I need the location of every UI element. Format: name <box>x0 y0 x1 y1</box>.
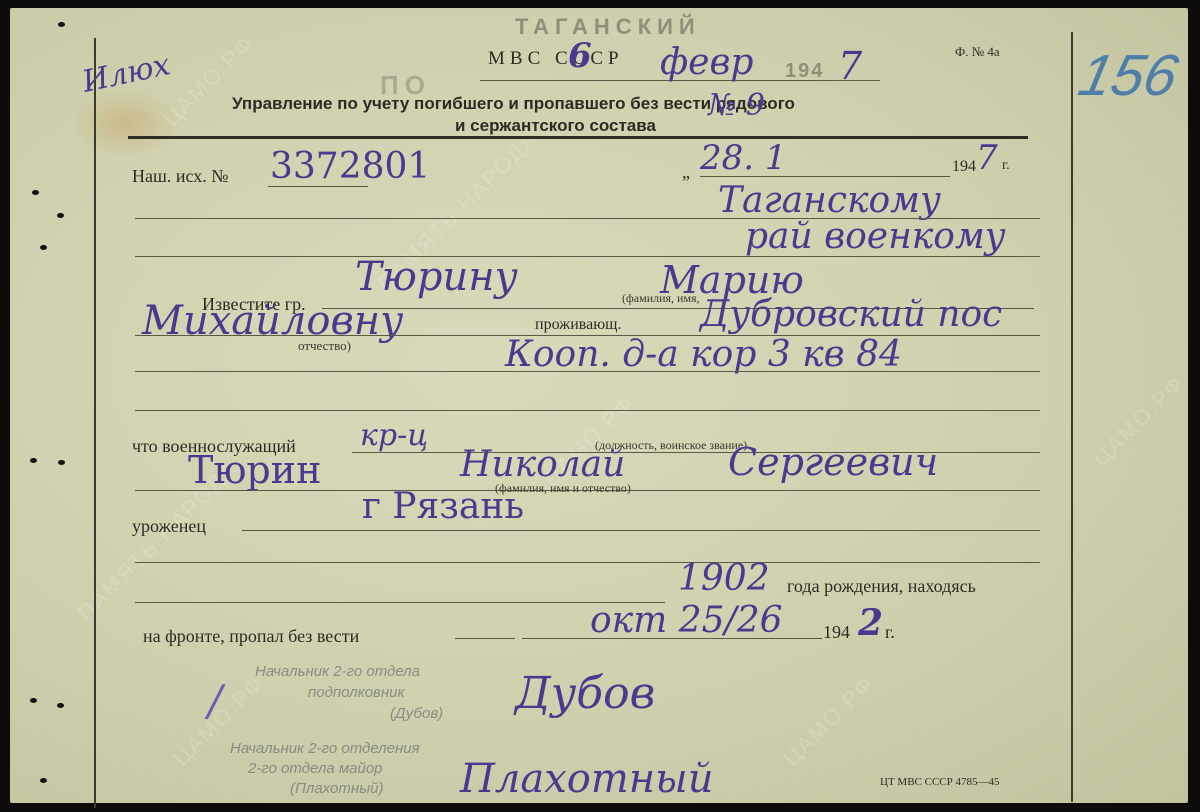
form-line <box>135 256 1040 257</box>
recipient-patronymic: Михайловну <box>142 298 403 344</box>
punch-hole <box>58 22 65 27</box>
address-line-1: Дубровский пос <box>700 294 1002 335</box>
punch-hole <box>40 778 47 783</box>
stamp-taganskiy: ТАГАНСКИЙ <box>515 14 701 40</box>
birthplace-line <box>242 530 1040 531</box>
signature2-name: (Плахотный) <box>290 780 383 797</box>
signature1-name: (Дубов) <box>390 705 443 722</box>
form-line <box>135 371 1040 372</box>
stamp-year: 194 <box>785 60 824 83</box>
residing-label: проживающ. <box>535 316 622 334</box>
folio-number: 156 <box>1073 42 1184 109</box>
missing-year-digit: 2 <box>858 602 883 644</box>
native-label: уроженец <box>132 516 206 537</box>
form-line <box>135 562 1040 563</box>
form-line <box>135 602 665 603</box>
received-year-digit: 7 <box>838 44 862 88</box>
recipient-surname: Тюрину <box>355 254 518 300</box>
soldier-surname: Тюрин <box>188 448 321 492</box>
date-year-suffix: г. <box>1002 158 1010 174</box>
date-year-digit: 7 <box>976 138 998 178</box>
missing-date: окт 25/26 <box>590 600 783 641</box>
punch-hole <box>30 458 37 463</box>
caption-patronymic: отчество) <box>298 338 351 354</box>
punch-hole <box>30 698 37 703</box>
received-day: 6 <box>568 36 592 76</box>
missing-year-prefix: 194 <box>823 622 850 643</box>
birth-year: 1902 <box>678 558 770 599</box>
form-line <box>135 410 1040 411</box>
right-margin-rule <box>1071 32 1073 802</box>
signature-2: Плахотный <box>460 756 713 802</box>
birth-year-label: года рождения, находясь <box>787 576 976 597</box>
punch-hole <box>57 703 64 708</box>
addressee-line-1: Таганскому <box>718 180 941 221</box>
signature2-rank: 2-го отдела майор <box>248 760 383 777</box>
rank: кр-ц <box>360 418 428 453</box>
left-margin-rule <box>94 38 96 808</box>
punch-hole <box>58 460 65 465</box>
slash-mark: / <box>208 676 222 725</box>
missing-label: на фронте, пропал без вести <box>143 626 359 647</box>
date-quote: „ <box>682 162 690 183</box>
registry-mark: № 9 <box>708 88 765 123</box>
date-year-prefix: 194 <box>952 158 976 176</box>
missing-day-line <box>455 638 515 639</box>
printer-mark: ЦТ МВС СССР 4785—45 <box>880 776 1000 788</box>
addressee-line-2: рай военкому <box>745 216 1006 257</box>
date-day-month: 28. 1 <box>700 138 787 178</box>
header-line-2: и сержантского состава <box>455 116 656 136</box>
watermark: ЦАМО.РФ <box>1088 370 1190 472</box>
signature1-title: Начальник 2-го отдела <box>255 663 420 680</box>
form-number: Ф. № 4а <box>955 44 1000 60</box>
outgoing-label: Наш. исх. № <box>132 166 228 187</box>
address-line-2: Кооп. д-а кор 3 кв 84 <box>505 334 902 375</box>
ministry-name: МВС СССР <box>488 48 624 70</box>
signature2-title: Начальник 2-го отделения <box>230 740 420 757</box>
soldier-patronymic: Сергеевич <box>728 440 938 484</box>
signature-1: Дубов <box>515 668 655 719</box>
received-month: февр <box>660 42 753 83</box>
birthplace: г Рязань <box>362 486 524 527</box>
missing-year-suffix: г. <box>885 622 895 643</box>
signature1-rank: подполковник <box>308 684 405 701</box>
header-rule <box>128 136 1028 139</box>
punch-hole <box>40 245 47 250</box>
punch-hole <box>57 213 64 218</box>
document-paper: ЦАМО.РФ ПАМЯТЬ НАРОДА ЦАМО.РФ ЦАМО.РФ ПА… <box>10 8 1188 803</box>
punch-hole <box>32 190 39 195</box>
watermark: ЦАМО.РФ <box>778 670 880 772</box>
soldier-name: Николай <box>460 444 625 485</box>
caption-name: (фамилия, имя, <box>622 291 700 306</box>
outgoing-number: 3372801 <box>270 146 430 187</box>
